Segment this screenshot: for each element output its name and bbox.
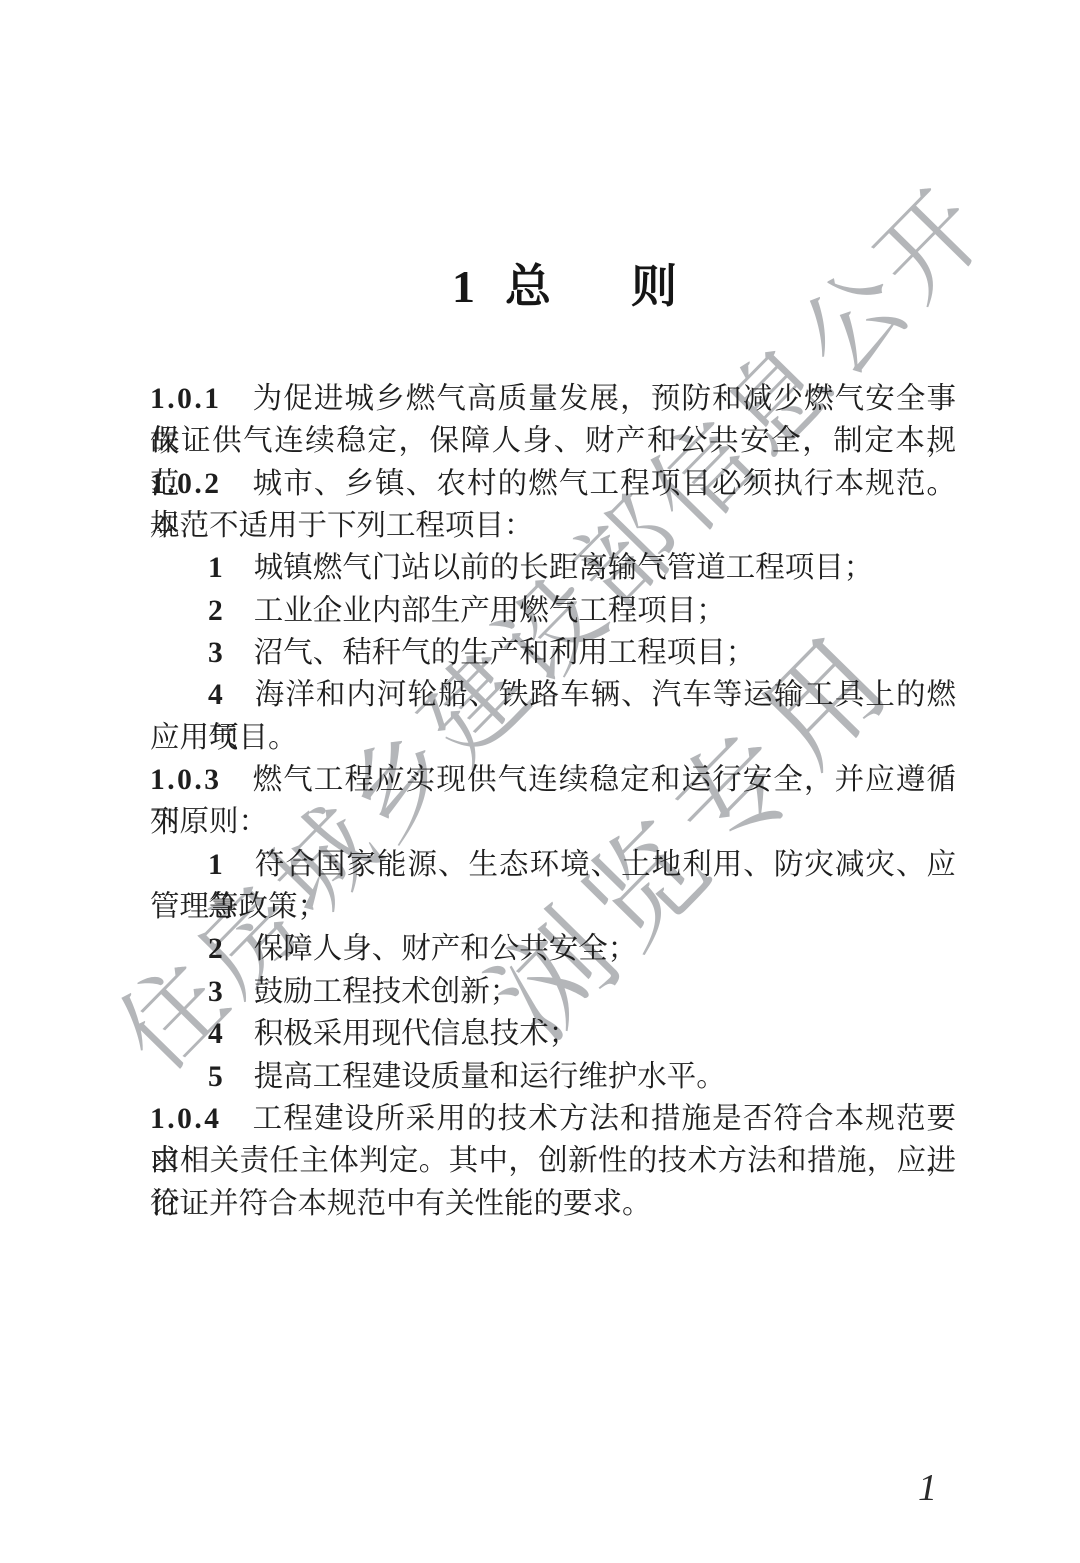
clause-103-item-4: 4积极采用现代信息技术； (150, 1013, 956, 1055)
line-text: 工业企业内部生产用燃气工程项目； (254, 595, 726, 627)
item-number: 3 (208, 976, 223, 1008)
line-text: 规范不适用于下列工程项目： (150, 510, 534, 542)
clause-number: 1.0.4 (150, 1103, 222, 1135)
chapter-number: 1 (452, 261, 475, 312)
clause-103-item-3: 3鼓励工程技术创新； (150, 971, 956, 1013)
clause-103-item-1-line-1: 1符合国家能源、生态环境、土地利用、防灾减灾、应急 (150, 844, 956, 886)
line-text: 城镇燃气门站以前的长距离输气管道工程项目； (254, 552, 874, 584)
item-number: 1 (208, 552, 223, 584)
chapter-title: 1总则 (452, 262, 677, 312)
clause-104-line-3: 论证并符合本规范中有关性能的要求。 (150, 1183, 956, 1225)
clause-103-line-2: 列原则： (150, 801, 956, 843)
line-text: 鼓励工程技术创新； (254, 976, 520, 1008)
clause-103-item-1-line-2: 管理等政策； (150, 886, 956, 928)
document-page: 住房城乡建设部信息公开 浏览专用 1总则 1.0.1为促进城乡燃气高质量发展，预… (0, 0, 1080, 1563)
clause-102-item-4-line-2: 应用项目。 (150, 717, 956, 759)
line-text: 保障人身、财产和公共安全； (254, 933, 638, 965)
clause-102-item-1: 1城镇燃气门站以前的长距离输气管道工程项目； (150, 547, 956, 589)
page-number: 1 (918, 1466, 937, 1510)
chapter-title-word-2: 则 (631, 261, 677, 312)
item-number: 5 (208, 1061, 223, 1093)
page-content: 1总则 1.0.1为促进城乡燃气高质量发展，预防和减少燃气安全事故， 保证供气连… (0, 0, 1080, 1563)
clause-number: 1.0.1 (150, 383, 222, 415)
item-number: 3 (208, 637, 223, 669)
item-number: 4 (208, 679, 223, 711)
line-text: 论证并符合本规范中有关性能的要求。 (150, 1188, 652, 1220)
line-text: 列原则： (150, 806, 268, 838)
body-text: 1.0.1为促进城乡燃气高质量发展，预防和减少燃气安全事故， 保证供气连续稳定，… (150, 378, 956, 1225)
clause-103-item-2: 2保障人身、财产和公共安全； (150, 928, 956, 970)
clause-103-item-5: 5提高工程建设质量和运行维护水平。 (150, 1056, 956, 1098)
line-text: 积极采用现代信息技术； (254, 1018, 579, 1050)
item-number: 4 (208, 1018, 223, 1050)
clause-102-item-4-line-1: 4海洋和内河轮船、铁路车辆、汽车等运输工具上的燃气 (150, 674, 956, 716)
chapter-title-word-1: 总 (505, 261, 551, 312)
item-number: 2 (208, 933, 223, 965)
line-text: 管理等政策； (150, 891, 327, 923)
item-number: 2 (208, 595, 223, 627)
clause-number: 1.0.2 (150, 468, 222, 500)
clause-102-line-1: 1.0.2城市、乡镇、农村的燃气工程项目必须执行本规范。本 (150, 463, 956, 505)
clause-103-line-1: 1.0.3燃气工程应实现供气连续稳定和运行安全，并应遵循下 (150, 759, 956, 801)
clause-102-item-3: 3沼气、秸秆气的生产和利用工程项目； (150, 632, 956, 674)
clause-104-line-1: 1.0.4工程建设所采用的技术方法和措施是否符合本规范要求， (150, 1098, 956, 1140)
clause-number: 1.0.3 (150, 764, 222, 796)
clause-104-line-2: 由相关责任主体判定。其中，创新性的技术方法和措施，应进行 (150, 1140, 956, 1182)
clause-102-line-2: 规范不适用于下列工程项目： (150, 505, 956, 547)
clause-102-item-2: 2工业企业内部生产用燃气工程项目； (150, 590, 956, 632)
line-text: 沼气、秸秆气的生产和利用工程项目； (254, 637, 756, 669)
clause-101-line-2: 保证供气连续稳定，保障人身、财产和公共安全，制定本规范。 (150, 420, 956, 462)
line-text: 提高工程建设质量和运行维护水平。 (254, 1061, 726, 1093)
clause-101-line-1: 1.0.1为促进城乡燃气高质量发展，预防和减少燃气安全事故， (150, 378, 956, 420)
line-text: 应用项目。 (150, 722, 298, 754)
item-number: 1 (208, 849, 223, 881)
